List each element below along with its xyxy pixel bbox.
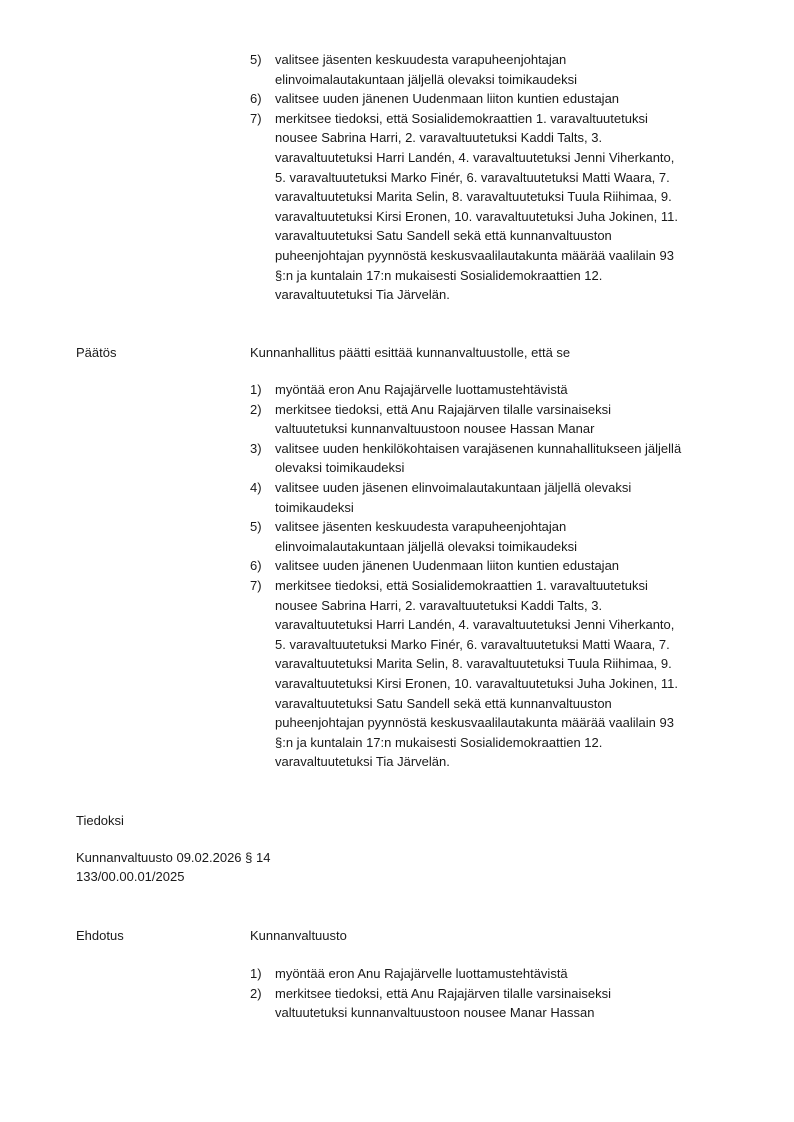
list-item: 7)merkitsee tiedoksi, että Sosialidemokr…	[250, 576, 750, 772]
item-text-line: §:n ja kuntalain 17:n mukaisesti Sosiali…	[275, 733, 750, 753]
item-number: 6)	[250, 556, 262, 576]
item-text-line: valtuutetuksi kunnanvaltuustoon nousee H…	[275, 419, 750, 439]
item-text-line: valitsee jäsenten keskuudesta varapuheen…	[275, 517, 750, 537]
item-text-line: valitsee uuden jänenen Uudenmaan liiton …	[275, 556, 750, 576]
item-text-line: myöntää eron Anu Rajajärvelle luottamust…	[275, 964, 750, 984]
item-number: 7)	[250, 576, 262, 596]
item-text-line: nousee Sabrina Harri, 2. varavaltuutetuk…	[275, 596, 750, 616]
ehdotus-decision-list: 1)myöntää eron Anu Rajajärvelle luottamu…	[250, 964, 750, 1023]
item-number: 1)	[250, 380, 262, 400]
item-text-line: varavaltuutetuksi Satu Sandell sekä että…	[275, 226, 750, 246]
ehdotus-label: Ehdotus	[76, 928, 124, 943]
paatos-intro: Kunnanhallitus päätti esittää kunnanvalt…	[250, 345, 570, 360]
tiedoksi-label: Tiedoksi	[76, 813, 124, 828]
item-text-line: myöntää eron Anu Rajajärvelle luottamust…	[275, 380, 750, 400]
item-text-line: varavaltuutetuksi Satu Sandell sekä että…	[275, 694, 750, 714]
ehdotus-intro: Kunnanvaltuusto	[250, 928, 347, 943]
item-text-line: varavaltuutetuksi Tia Järvelän.	[275, 752, 750, 772]
item-number: 7)	[250, 109, 262, 129]
item-text-line: merkitsee tiedoksi, että Sosialidemokraa…	[275, 109, 750, 129]
item-text-line: toimikaudeksi	[275, 498, 750, 518]
item-text-line: §:n ja kuntalain 17:n mukaisesti Sosiali…	[275, 266, 750, 286]
item-text-line: valitsee uuden henkilökohtaisen varajäse…	[275, 439, 750, 459]
item-text-line: varavaltuutetuksi Kirsi Eronen, 10. vara…	[275, 207, 750, 227]
item-text-line: merkitsee tiedoksi, että Anu Rajajärven …	[275, 400, 750, 420]
item-number: 3)	[250, 439, 262, 459]
item-text-line: merkitsee tiedoksi, että Sosialidemokraa…	[275, 576, 750, 596]
item-text-line: 5. varavaltuutetuksi Marko Finér, 6. var…	[275, 168, 750, 188]
item-text-line: olevaksi toimikaudeksi	[275, 458, 750, 478]
item-number: 4)	[250, 478, 262, 498]
item-text-line: elinvoimalautakuntaan jäljellä olevaksi …	[275, 70, 750, 90]
item-number: 5)	[250, 50, 262, 70]
item-text-line: varavaltuutetuksi Harri Landén, 4. varav…	[275, 148, 750, 168]
item-text-line: valitsee uuden jänenen Uudenmaan liiton …	[275, 89, 750, 109]
list-item: 6)valitsee uuden jänenen Uudenmaan liito…	[250, 89, 750, 109]
item-number: 2)	[250, 400, 262, 420]
item-text-line: 5. varavaltuutetuksi Marko Finér, 6. var…	[275, 635, 750, 655]
list-item: 5)valitsee jäsenten keskuudesta varapuhe…	[250, 50, 750, 89]
case-number: 133/00.00.01/2025	[76, 869, 184, 884]
list-item: 5)valitsee jäsenten keskuudesta varapuhe…	[250, 517, 750, 556]
item-text-line: varavaltuutetuksi Kirsi Eronen, 10. vara…	[275, 674, 750, 694]
item-number: 5)	[250, 517, 262, 537]
meeting-reference: Kunnanvaltuusto 09.02.2026 § 14	[76, 850, 270, 865]
item-text-line: puheenjohtajan pyynnöstä keskusvaalilaut…	[275, 713, 750, 733]
item-text-line: elinvoimalautakuntaan jäljellä olevaksi …	[275, 537, 750, 557]
item-text-line: valitsee jäsenten keskuudesta varapuheen…	[275, 50, 750, 70]
item-text-line: varavaltuutetuksi Harri Landén, 4. varav…	[275, 615, 750, 635]
item-text-line: valtuutetuksi kunnanvaltuustoon nousee M…	[275, 1003, 750, 1023]
list-item: 3)valitsee uuden henkilökohtaisen varajä…	[250, 439, 750, 478]
item-text-line: varavaltuutetuksi Marita Selin, 8. varav…	[275, 187, 750, 207]
list-item: 6)valitsee uuden jänenen Uudenmaan liito…	[250, 556, 750, 576]
item-text-line: varavaltuutetuksi Tia Järvelän.	[275, 285, 750, 305]
item-text-line: varavaltuutetuksi Marita Selin, 8. varav…	[275, 654, 750, 674]
item-text-line: nousee Sabrina Harri, 2. varavaltuutetuk…	[275, 128, 750, 148]
paatos-decision-list: 1)myöntää eron Anu Rajajärvelle luottamu…	[250, 380, 750, 772]
item-number: 1)	[250, 964, 262, 984]
item-text-line: valitsee uuden jäsenen elinvoimalautakun…	[275, 478, 750, 498]
list-item: 1)myöntää eron Anu Rajajärvelle luottamu…	[250, 380, 750, 400]
list-item: 2)merkitsee tiedoksi, että Anu Rajajärve…	[250, 400, 750, 439]
top-decision-list: 5)valitsee jäsenten keskuudesta varapuhe…	[250, 50, 750, 305]
item-text-line: puheenjohtajan pyynnöstä keskusvaalilaut…	[275, 246, 750, 266]
item-number: 6)	[250, 89, 262, 109]
item-text-line: merkitsee tiedoksi, että Anu Rajajärven …	[275, 984, 750, 1004]
list-item: 4)valitsee uuden jäsenen elinvoimalautak…	[250, 478, 750, 517]
item-number: 2)	[250, 984, 262, 1004]
list-item: 1)myöntää eron Anu Rajajärvelle luottamu…	[250, 964, 750, 984]
paatos-label: Päätös	[76, 345, 116, 360]
list-item: 7)merkitsee tiedoksi, että Sosialidemokr…	[250, 109, 750, 305]
list-item: 2)merkitsee tiedoksi, että Anu Rajajärve…	[250, 984, 750, 1023]
